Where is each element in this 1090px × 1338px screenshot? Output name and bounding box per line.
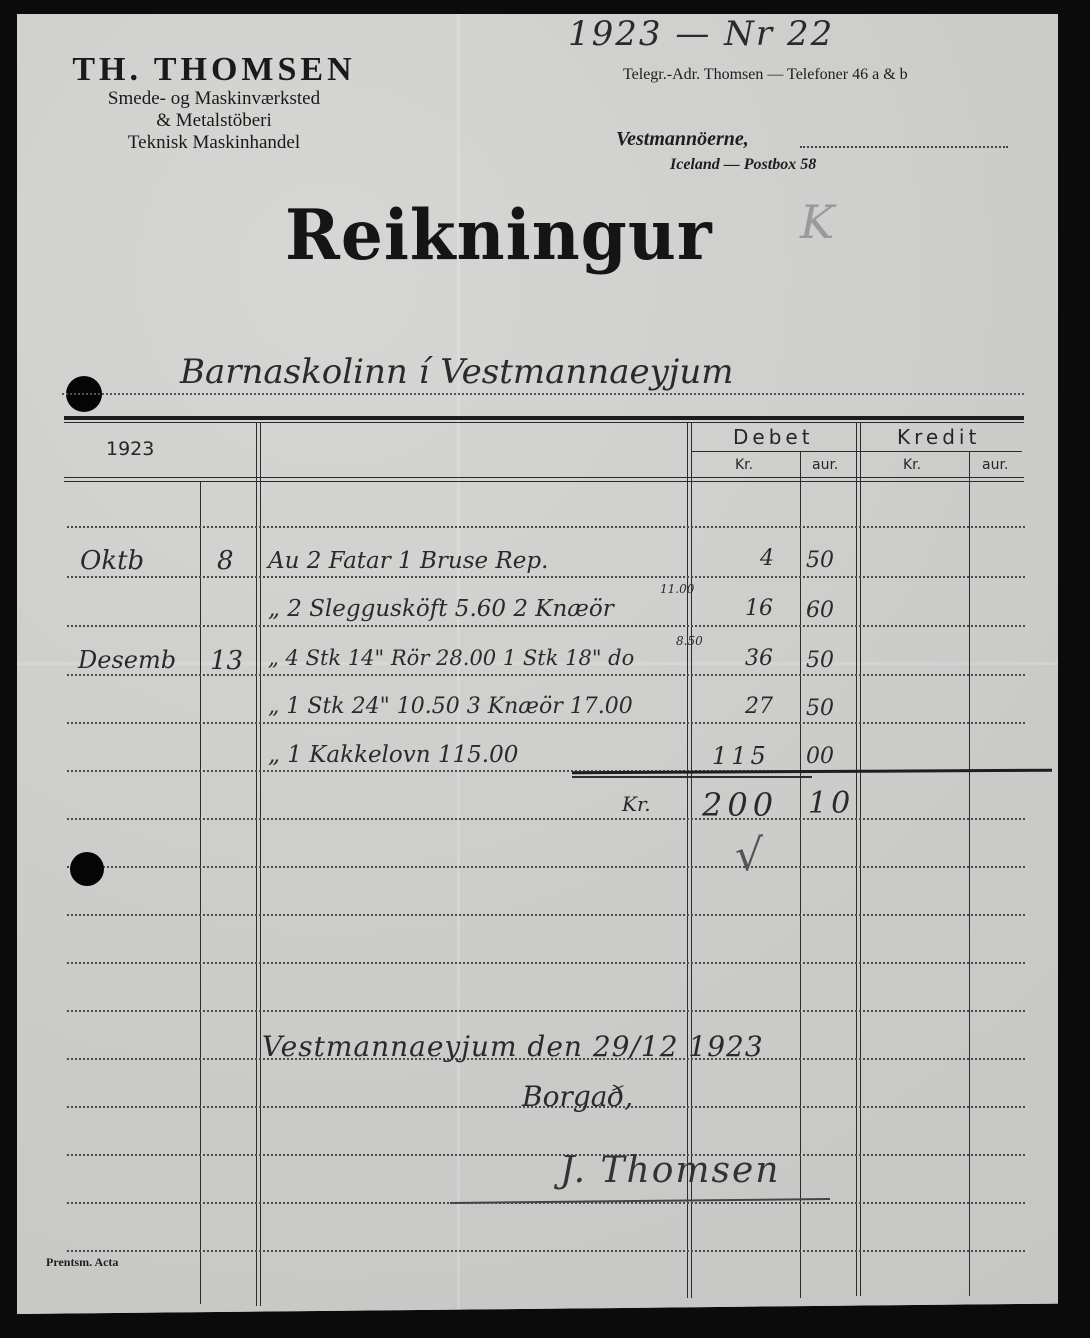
debet-header: Debet [733, 425, 814, 449]
row-1-month: Oktb [80, 546, 144, 576]
row-2-debet-kr: 16 [745, 596, 773, 621]
customer-dotted-line [62, 393, 1024, 395]
row-3-description: „ 4 Stk 14" Rör 28.00 1 Stk 18" do [268, 646, 634, 670]
header-bottom-rule-1 [64, 477, 1024, 478]
punch-hole-bottom [70, 852, 104, 886]
ruled-line [67, 818, 1025, 820]
header-bottom-rule-2 [64, 481, 1024, 482]
check-mark: √ [735, 830, 763, 881]
printer-imprint: Prentsm. Acta [46, 1255, 118, 1270]
row-3-debet-aur: 50 [806, 648, 834, 673]
row-1-debet-kr: 4 [760, 546, 774, 571]
ruled-line [67, 914, 1025, 916]
document-title: Reikningur [285, 194, 713, 276]
company-line-3: Teknisk Maskinhandel [44, 132, 384, 154]
total-label: Kr. [622, 792, 651, 816]
row-3-debet-kr: 36 [745, 646, 773, 671]
ruled-line [67, 962, 1025, 964]
company-line-2: & Metalstöberi [44, 110, 384, 132]
telegraph-phone-line: Telegr.-Adr. Thomsen — Telefoner 46 a & … [623, 66, 908, 84]
ruled-line [67, 625, 1025, 627]
company-name: TH. THOMSEN [44, 52, 384, 88]
row-1-description: Au 2 Fatar 1 Bruse Rep. [268, 548, 548, 574]
sum-underline-2 [572, 776, 812, 778]
row-2-note: 11.00 [660, 582, 694, 596]
ruled-line [67, 1250, 1025, 1252]
kredit-aur-header: aur. [982, 457, 1008, 473]
column-divider-debet-aur [800, 452, 801, 1298]
row-3-day: 13 [210, 646, 243, 676]
column-divider-desc-1 [256, 423, 257, 1306]
kredit-header: Kredit [897, 425, 980, 449]
column-divider-kredit-1 [856, 423, 857, 1296]
ruled-line [67, 1010, 1025, 1012]
row-4-debet-kr: 27 [745, 694, 773, 719]
row-2-debet-aur: 60 [806, 598, 834, 623]
place-date-dotted-line [800, 146, 1008, 148]
column-divider-desc-2 [260, 423, 261, 1306]
country-postbox: Iceland — Postbox 58 [670, 156, 816, 174]
table-top-rule [64, 416, 1024, 420]
column-divider-day [200, 482, 201, 1304]
place-label: Vestmannöerne, [616, 128, 749, 151]
invoice-reference-number: 1923 — Nr 22 [568, 14, 834, 54]
ruled-line [67, 866, 1025, 868]
row-3-month: Desemb [78, 646, 176, 674]
ruled-line [67, 722, 1025, 724]
row-5-description: „ 1 Kakkelovn 115.00 [268, 742, 518, 768]
row-1-debet-aur: 50 [806, 548, 834, 573]
table-top-rule-thin [64, 422, 1024, 423]
year-header: 1923 [106, 438, 154, 460]
paid-note: Borgað, [522, 1080, 633, 1113]
ruled-line [67, 526, 1025, 528]
row-4-debet-aur: 50 [806, 696, 834, 721]
row-5-debet-kr: 115 [712, 742, 770, 770]
pencil-annotation: K [800, 195, 834, 249]
ruled-line [67, 1154, 1025, 1156]
header-subdivider [692, 451, 1022, 452]
row-4-description: „ 1 Stk 24" 10.50 3 Knæör 17.00 [268, 694, 633, 719]
customer-name: Barnaskolinn í Vestmannaeyjum [180, 352, 733, 392]
company-letterhead: TH. THOMSEN Smede- og Maskinværksted & M… [44, 52, 384, 154]
total-kr: 200 [702, 786, 778, 824]
ruled-line [67, 576, 1025, 578]
company-line-1: Smede- og Maskinværksted [44, 88, 384, 110]
signature: J. Thomsen [560, 1150, 781, 1191]
column-divider-kredit-aur [969, 452, 970, 1296]
total-aur: 10 [808, 786, 854, 821]
debet-aur-header: aur. [812, 457, 838, 473]
place-and-date: Vestmannaeyjum den 29/12 1923 [262, 1030, 764, 1063]
row-2-description: „ 2 Sleggusköft 5.60 2 Knæör [268, 596, 614, 622]
column-divider-kredit-2 [860, 423, 861, 1296]
row-3-note: 8.50 [676, 634, 703, 648]
kredit-kr-header: Kr. [903, 457, 921, 473]
row-5-debet-aur: 00 [806, 744, 834, 769]
debet-kr-header: Kr. [735, 457, 753, 473]
row-1-day: 8 [217, 546, 234, 576]
